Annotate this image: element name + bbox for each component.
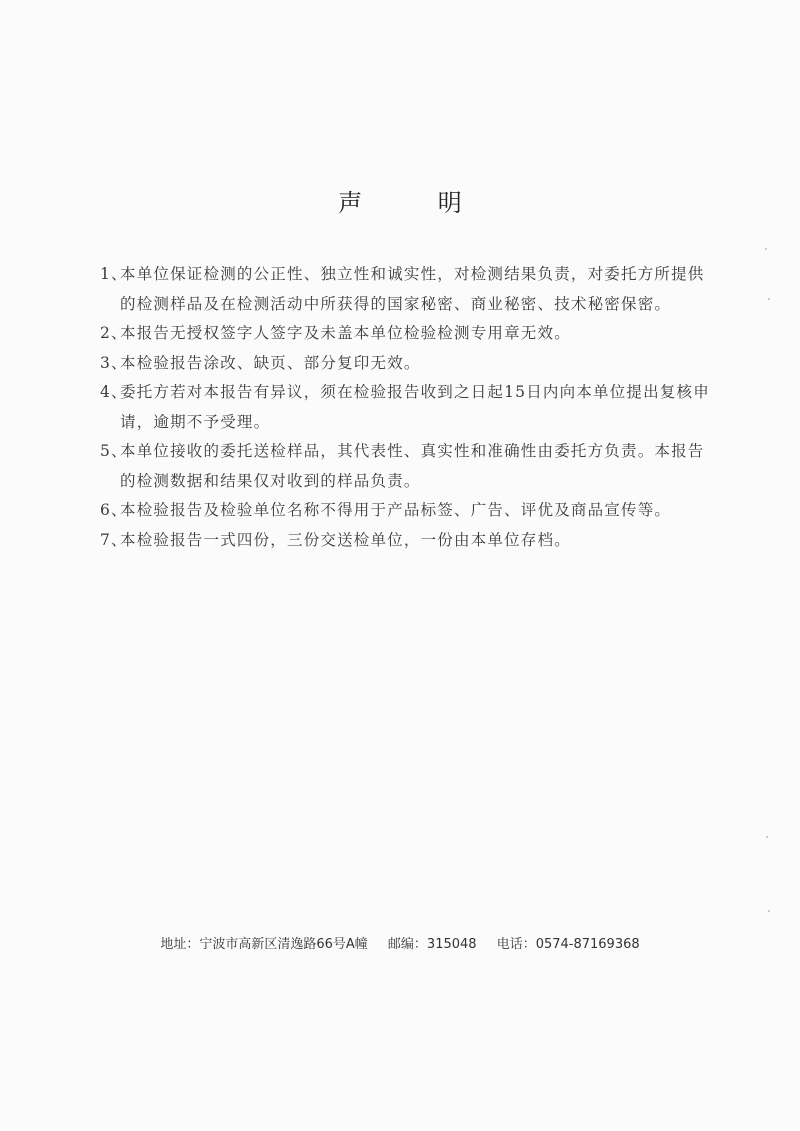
scan-speck xyxy=(768,910,770,912)
statement-item: 3、本检验报告涂改、缺页、部分复印无效。 xyxy=(100,349,720,379)
item-text: 本检验报告一式四份，三份交送检单位，一份由本单位存档。 xyxy=(120,531,571,549)
scan-speck xyxy=(768,298,770,300)
statement-list: 1、本单位保证检测的公正性、独立性和诚实性，对检测结果负责，对委托方所提供的检测… xyxy=(100,260,720,555)
item-number: 7、 xyxy=(100,526,128,556)
contact-footer: 地址：宁波市高新区清逸路66号A幢 邮编：315048 电话：0574-8716… xyxy=(0,933,800,952)
item-number: 2、 xyxy=(100,319,128,349)
statement-item: 7、本检验报告一式四份，三份交送检单位，一份由本单位存档。 xyxy=(100,526,720,556)
item-number: 5、 xyxy=(100,437,128,467)
statement-item: 6、本检验报告及检验单位名称不得用于产品标签、广告、评优及商品宣传等。 xyxy=(100,496,720,526)
item-text: 委托方若对本报告有异议，须在检验报告收到之日起15日内向本单位提出复核申请，逾期… xyxy=(120,383,710,431)
page-title: 声 明 xyxy=(0,183,800,218)
item-number: 6、 xyxy=(100,496,128,526)
statement-item: 4、委托方若对本报告有异议，须在检验报告收到之日起15日内向本单位提出复核申请，… xyxy=(100,378,720,437)
item-text: 本检验报告涂改、缺页、部分复印无效。 xyxy=(120,354,421,372)
postcode: 邮编：315048 xyxy=(388,937,477,952)
scan-speck xyxy=(765,248,767,250)
item-text: 本报告无授权签字人签字及未盖本单位检验检测专用章无效。 xyxy=(120,324,571,342)
item-number: 4、 xyxy=(100,378,128,408)
statement-item: 1、本单位保证检测的公正性、独立性和诚实性，对检测结果负责，对委托方所提供的检测… xyxy=(100,260,720,319)
scan-speck xyxy=(766,836,768,838)
statement-item: 5、本单位接收的委托送检样品，其代表性、真实性和准确性由委托方负责。本报告的检测… xyxy=(100,437,720,496)
item-text: 本检验报告及检验单位名称不得用于产品标签、广告、评优及商品宣传等。 xyxy=(120,501,671,519)
item-text: 本单位保证检测的公正性、独立性和诚实性，对检测结果负责，对委托方所提供的检测样品… xyxy=(120,265,705,313)
item-number: 3、 xyxy=(100,349,128,379)
item-text: 本单位接收的委托送检样品，其代表性、真实性和准确性由委托方负责。本报告的检测数据… xyxy=(120,442,705,490)
phone: 电话：0574-87169368 xyxy=(497,937,640,952)
address: 地址：宁波市高新区清逸路66号A幢 xyxy=(160,937,367,952)
item-number: 1、 xyxy=(100,260,128,290)
statement-item: 2、本报告无授权签字人签字及未盖本单位检验检测专用章无效。 xyxy=(100,319,720,349)
